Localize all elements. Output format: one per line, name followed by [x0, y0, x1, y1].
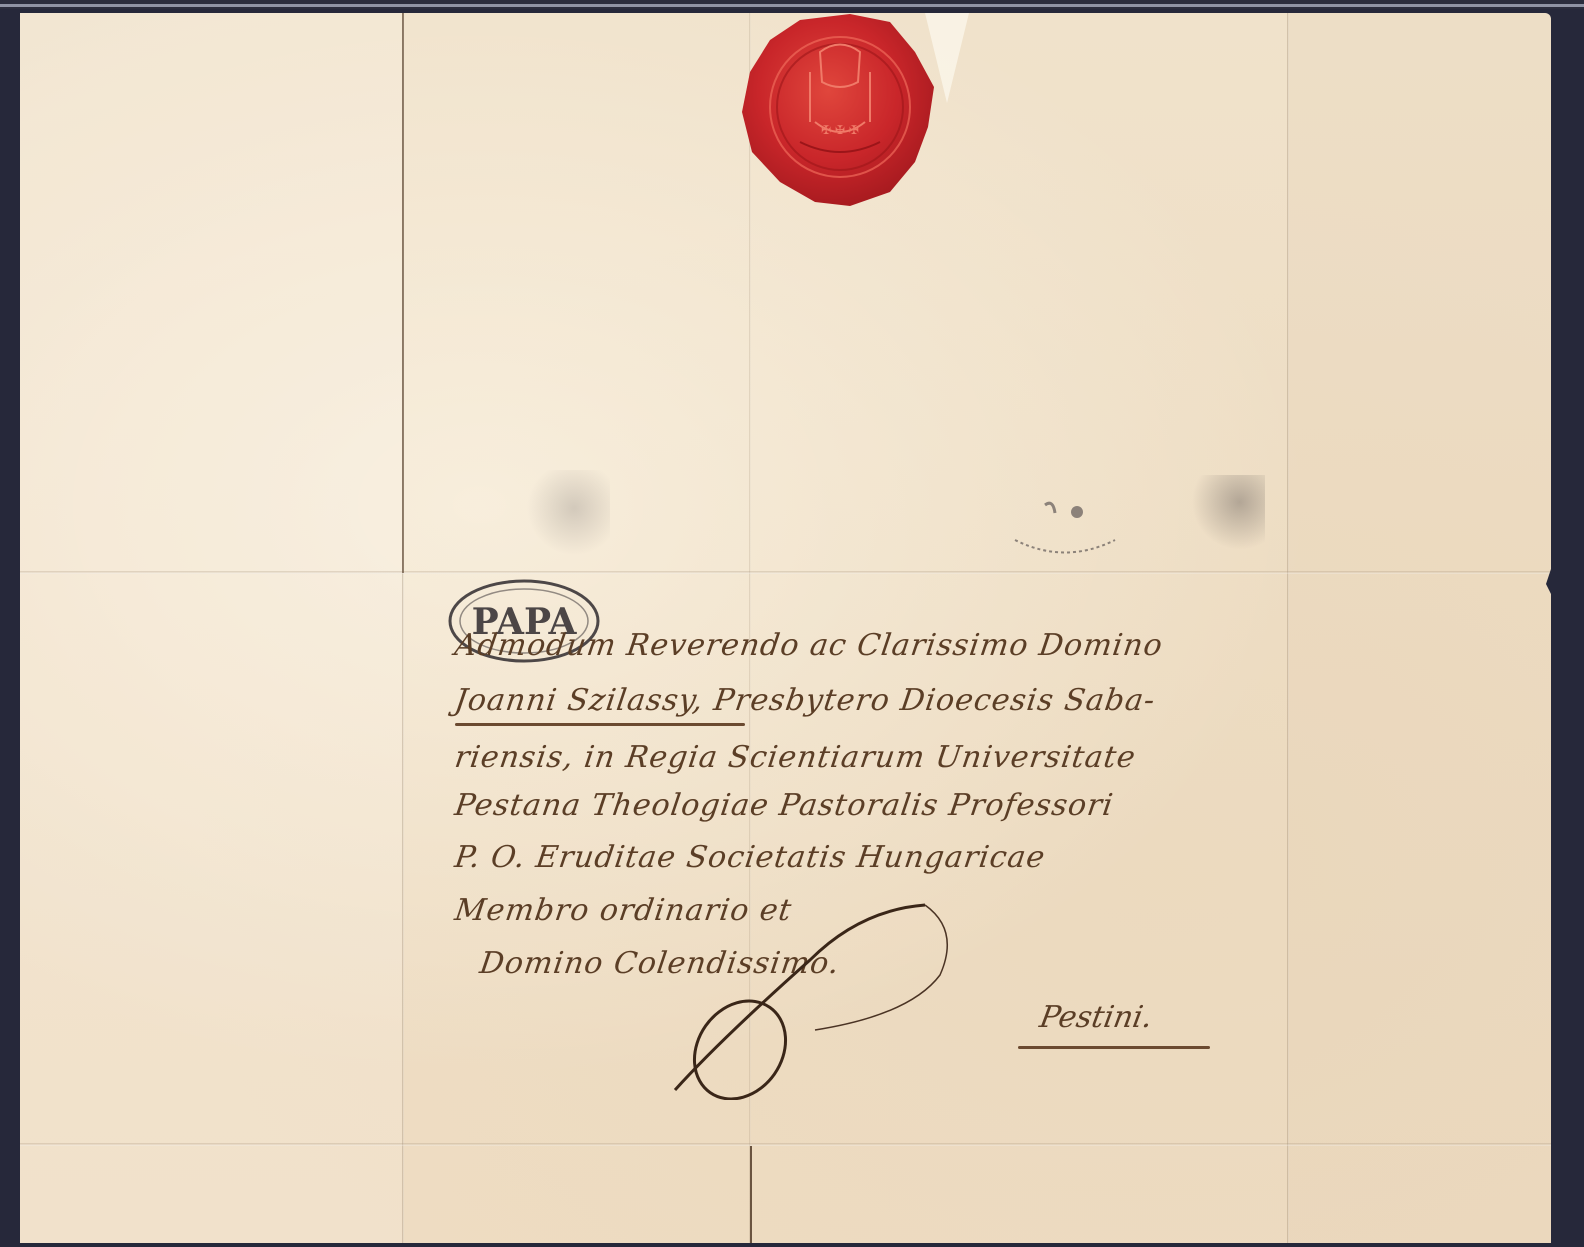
address-line: Admodum Reverendo ac Clarissimo Domino	[453, 628, 1166, 663]
rate-marking-six	[660, 900, 960, 1100]
destination-text: Pestini.	[1037, 1000, 1155, 1035]
scan-border-top	[0, 0, 1584, 9]
fold-line-vertical	[1287, 13, 1289, 1243]
faint-stamp-right-2	[1180, 475, 1265, 565]
address-line: P. O. Eruditae Societatis Hungaricae	[453, 840, 1048, 875]
flap-edge	[402, 13, 404, 573]
recipient-underline	[455, 723, 745, 726]
address-line-recipient: Joanni Szilassy, Presbytero Dioecesis Sa…	[453, 683, 1158, 718]
destination-underline	[1018, 1046, 1210, 1049]
fold-line-horizontal	[20, 571, 1551, 574]
fold-line-horizontal	[20, 1143, 1551, 1146]
flap-edge	[750, 1146, 752, 1243]
faint-stamp-left	[520, 470, 610, 565]
svg-text:✠ ✠ ✠: ✠ ✠ ✠	[821, 123, 859, 137]
panel-left	[20, 13, 403, 1243]
address-line: Pestana Theologiae Pastoralis Professori	[453, 788, 1116, 823]
faint-stamp-right	[1005, 490, 1125, 560]
panel-right	[1288, 13, 1551, 1243]
address-line: riensis, in Regia Scientiarum Universita…	[453, 740, 1139, 775]
wax-seal-icon: ✠ ✠ ✠	[740, 12, 936, 208]
